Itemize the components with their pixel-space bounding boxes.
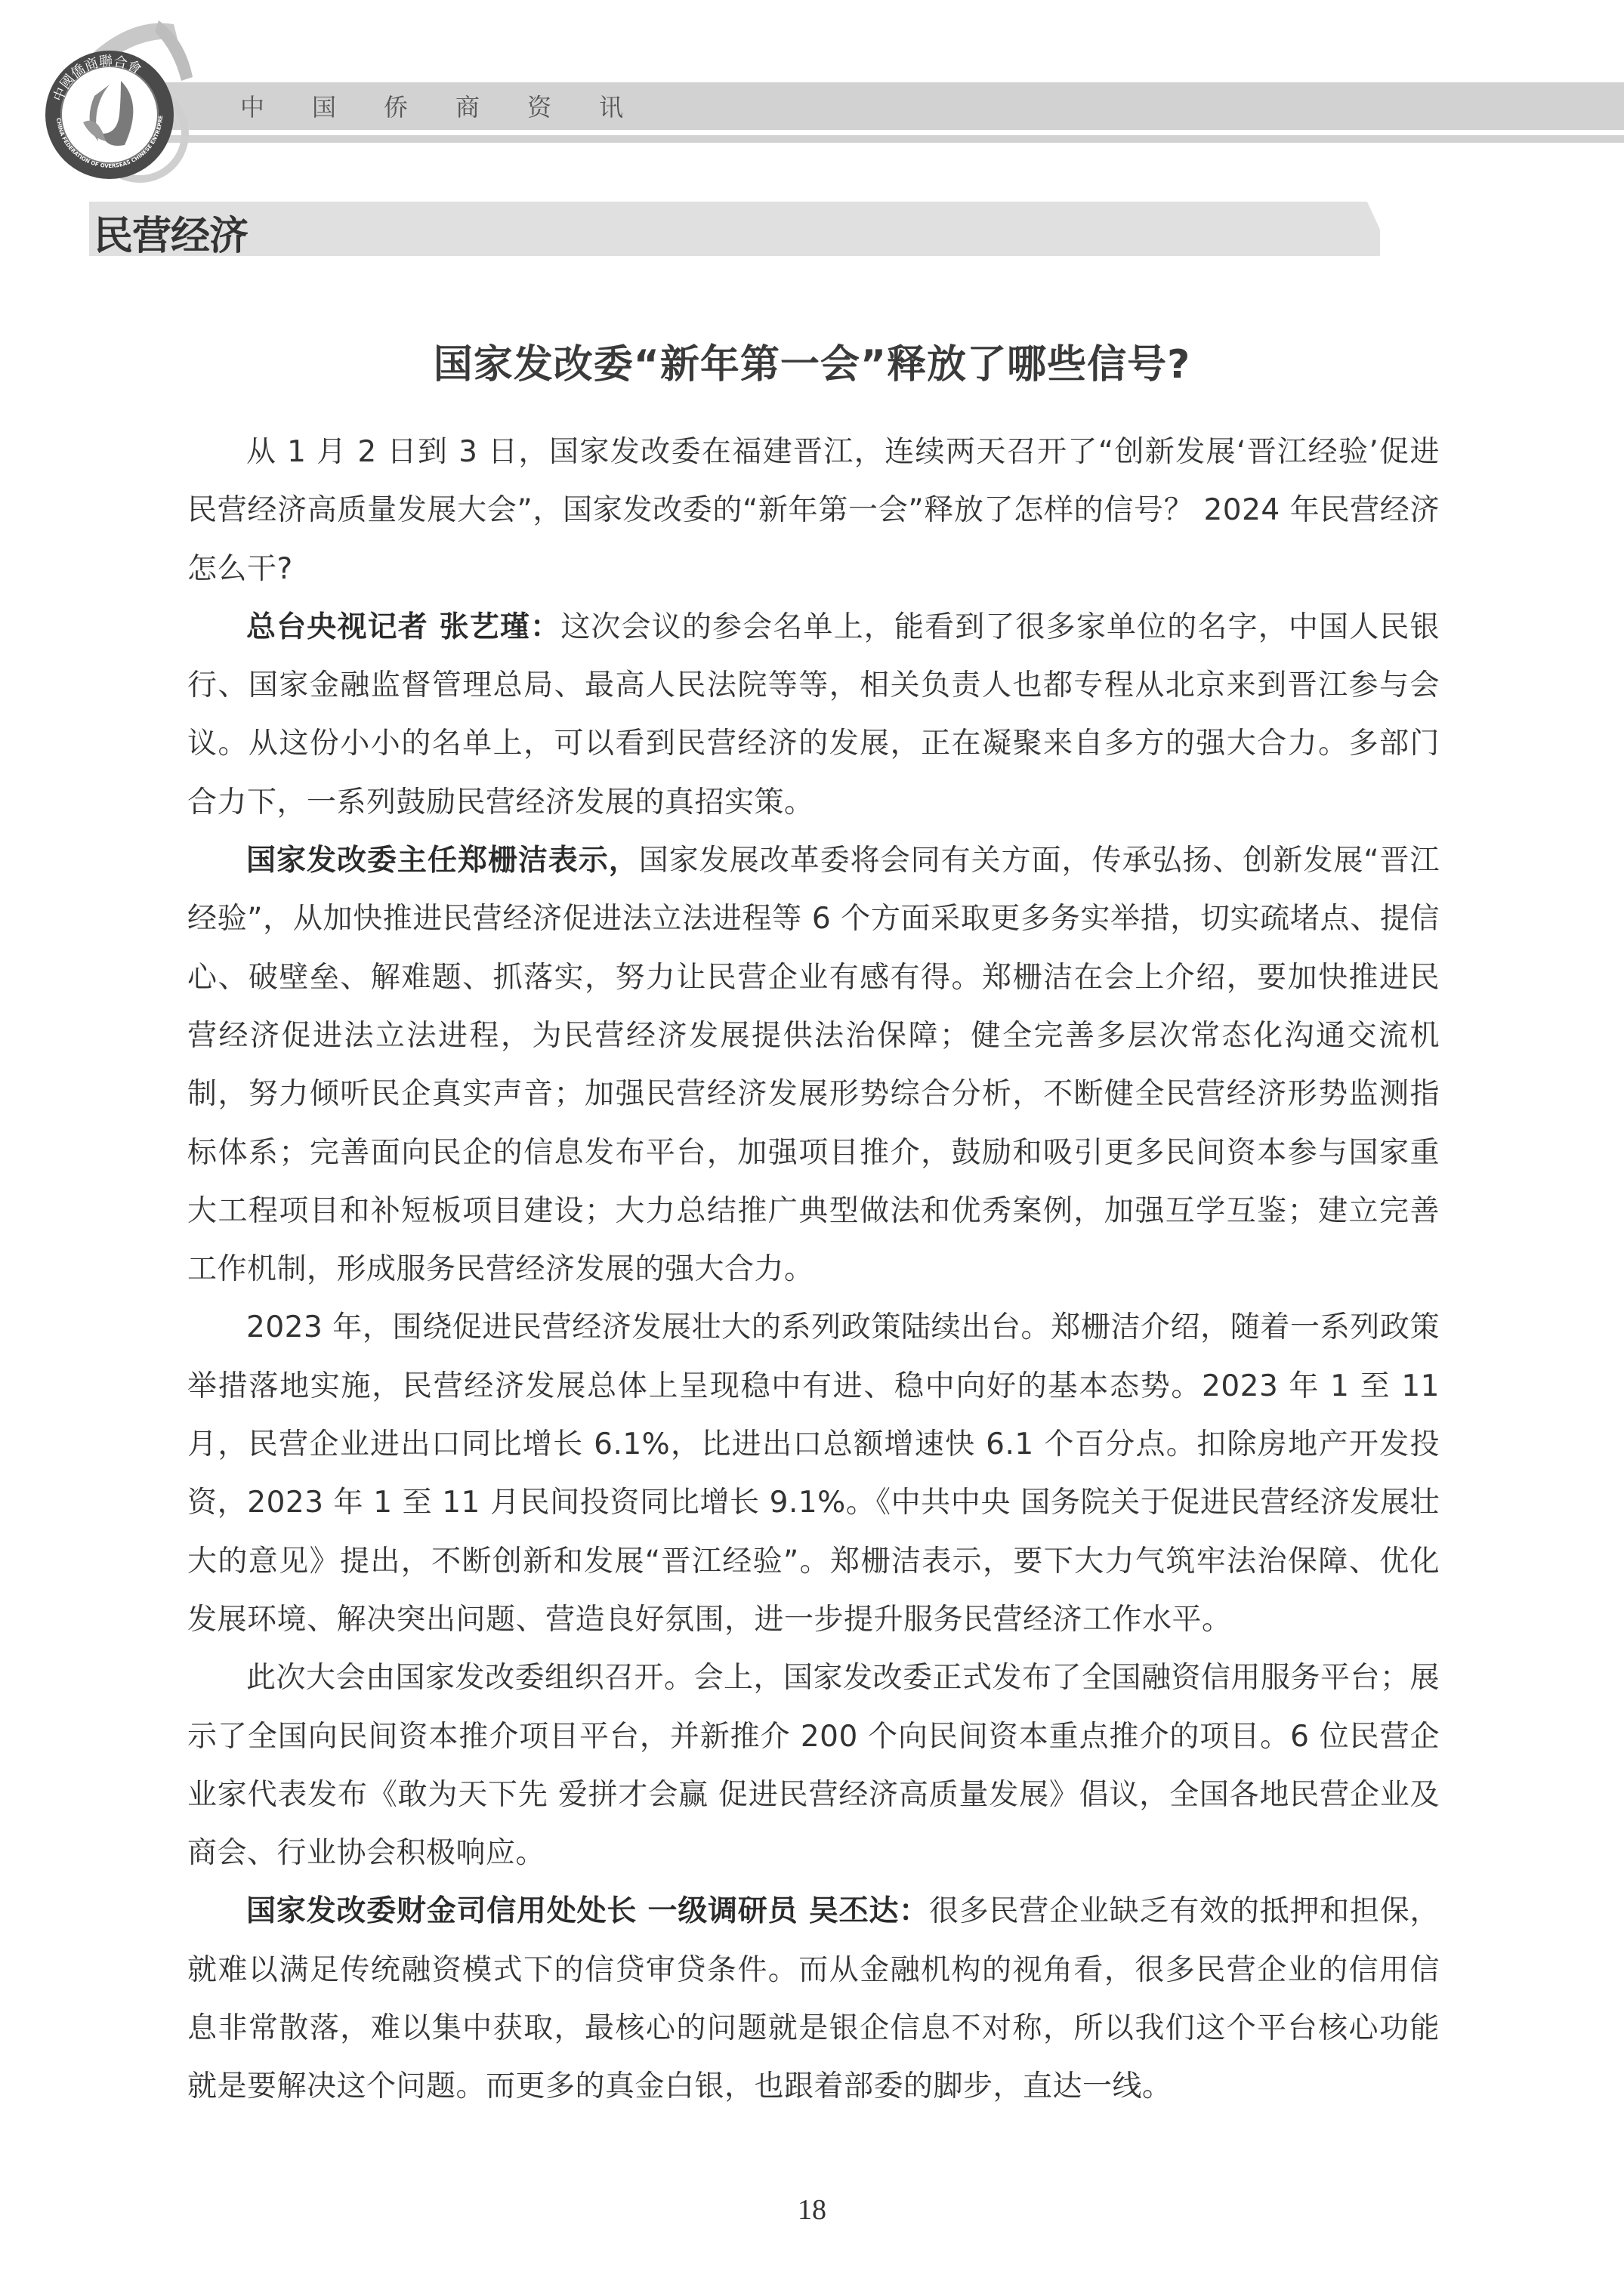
- paragraph-text: 国家发展改革委将会同有关方面，传承弘扬、创新发展“晋江经验”，从加快推进民营经济…: [187, 844, 1440, 1286]
- federation-emblem-icon: 中國僑商聯合會 CHINA FEDERATION OF OVERSEAS CHI…: [30, 9, 227, 190]
- article-paragraph: 此次大会由国家发改委组织召开。会上，国家发改委正式发布了全国融资信用服务平台；展…: [187, 1649, 1440, 1882]
- publication-title: 中 国 侨 商 资 讯: [240, 88, 671, 123]
- article-title: 国家发改委“新年第一会”释放了哪些信号?: [0, 332, 1624, 389]
- article-paragraph: 2023 年，围绕促进民营经济发展壮大的系列政策陆续出台。郑栅洁介绍，随着一系列…: [187, 1298, 1440, 1649]
- article-body: 从 1 月 2 日到 3 日，国家发改委在福建晋江，连续两天召开了“创新发展‘晋…: [187, 423, 1440, 2116]
- paragraph-text: 从 1 月 2 日到 3 日，国家发改委在福建晋江，连续两天召开了“创新发展‘晋…: [187, 435, 1440, 586]
- paragraph-text: 此次大会由国家发改委组织召开。会上，国家发改委正式发布了全国融资信用服务平台；展…: [187, 1661, 1440, 1870]
- publication-title-char: 中: [240, 88, 312, 123]
- publication-title-char: 商: [455, 88, 527, 123]
- publication-title-char: 侨: [384, 88, 455, 123]
- publication-title-char: 资: [527, 88, 599, 123]
- article-paragraph: 国家发改委财金司信用处处长 一级调研员 吴丕达：很多民营企业缺乏有效的抵押和担保…: [187, 1882, 1440, 2116]
- publication-title-char: 国: [312, 88, 384, 123]
- page-number: 18: [0, 2193, 1624, 2227]
- article-paragraph: 从 1 月 2 日到 3 日，国家发改委在福建晋江，连续两天召开了“创新发展‘晋…: [187, 423, 1440, 598]
- article-paragraph: 总台央视记者 张艺瑾：这次会议的参会名单上，能看到了很多家单位的名字，中国人民银…: [187, 598, 1440, 832]
- header-rule: [108, 135, 1624, 143]
- article-paragraph: 国家发改委主任郑栅洁表示，国家发展改革委将会同有关方面，传承弘扬、创新发展“晋江…: [187, 832, 1440, 1298]
- paragraph-lead: 总台央视记者 张艺瑾：: [246, 610, 560, 644]
- section-title: 民营经济: [94, 204, 248, 261]
- paragraph-lead: 国家发改委财金司信用处处长 一级调研员 吴丕达：: [246, 1894, 929, 1928]
- paragraph-lead: 国家发改委主任郑栅洁表示，: [246, 844, 639, 878]
- paragraph-text: 2023 年，围绕促进民营经济发展壮大的系列政策陆续出台。郑栅洁介绍，随着一系列…: [187, 1310, 1440, 1636]
- section-tab: [89, 202, 1380, 256]
- publication-title-char: 讯: [599, 88, 671, 123]
